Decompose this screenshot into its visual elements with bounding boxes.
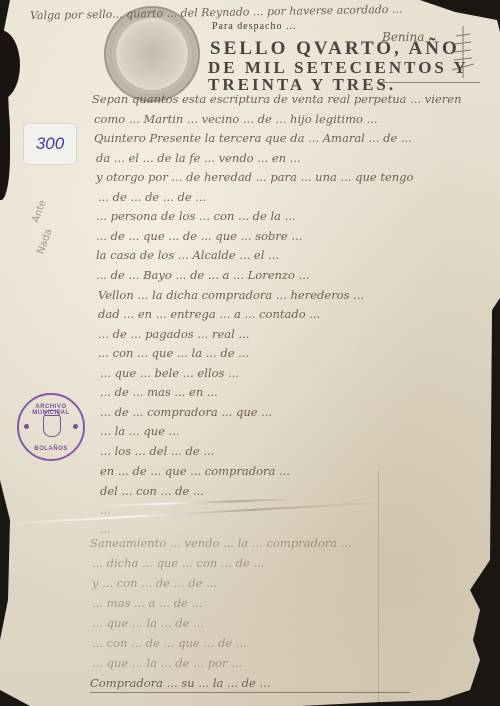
paper-crease [100,498,300,507]
manuscript-line: ... de ... Bayo ... de ... a ... Lorenzo… [96,268,310,282]
manuscript-line: dad ... en ... entrega ... a ... contado… [98,307,320,321]
paper-crease [0,502,379,525]
manuscript-line: ... de ... pagados ... real ... [98,327,249,341]
manuscript-line: Sepan quantos esta escriptura de venta r… [92,92,462,106]
vertical-fold [378,470,379,706]
stamp-dot [73,424,78,429]
manuscript-line: ... los ... del ... de ... [100,444,214,458]
manuscript-line: Quintero Presente la tercera que da ... … [94,131,412,145]
closing-underline [90,692,410,693]
manuscript-line: ... la ... que ... [100,424,180,438]
manuscript-line: Saneamiento ... vendo ... la ... comprad… [90,536,352,550]
manuscript-line: ... con ... que ... la ... de ... [98,346,249,360]
manuscript-line: Compradora ... su ... la ... de ... [90,676,270,690]
manuscript-line: ... que ... bele ... ellos ... [100,366,239,380]
heading-underline [380,82,480,83]
manuscript-line: la casa de los ... Alcalde ... el ... [96,248,279,262]
top-right-annotation: Benina [382,30,424,44]
manuscript-line: ... [100,503,111,517]
rubric-signature-icon [450,24,476,80]
manuscript-line: y ... con ... de ... de ... [92,576,217,590]
manuscript-line: ... con ... de ... que ... de ... [92,636,247,650]
header-margin-note: Valga por sello... quarto ... del Reynad… [30,3,403,22]
manuscript-line: ... de ... compradora ... que ... [100,405,272,419]
manuscript-line: ... [100,522,111,536]
manuscript-line: del ... con ... de ... [100,484,204,498]
catalog-number-label: 300 [24,124,76,164]
margin-pencil-note: Nada [35,227,54,255]
manuscript-line: como ... Martin ... vecino ... de ... hi… [94,112,378,126]
manuscript-line: da ... el ... de la fe ... vendo ... en … [96,151,301,165]
manuscript-line: ... mas ... a ... de ... [92,596,203,610]
margin-pencil-note: Ante [30,199,48,225]
seal-caption: Para despacho ... [212,21,296,32]
archive-municipal-stamp: ARCHIVO MUNICIPAL BOLAÑOS [17,393,85,461]
manuscript-line: y otorgo por ... de heredad ... para ...… [96,170,413,184]
manuscript-line: ... persona de los ... con ... de la ... [96,209,296,223]
coat-of-arms-icon [43,415,61,437]
manuscript-line: ... de ... de ... de ... [98,190,206,204]
manuscript-line: ... dicha ... que ... con ... de ... [92,556,264,570]
manuscript-line: ... que ... la ... de ... por ... [92,656,242,670]
archive-stamp-bottom-text: BOLAÑOS [19,446,83,452]
manuscript-line: Vellon ... la dicha compradora ... hered… [98,288,364,302]
manuscript-page: Valga por sello... quarto ... del Reynad… [0,0,500,706]
manuscript-line: ... de ... mas ... en ... [100,385,218,399]
manuscript-line: ... de ... que ... de ... que ... sobre … [96,229,302,243]
stamp-dot [24,424,29,429]
manuscript-line: ... que ... la ... de ... [92,616,204,630]
embossed-seal [104,6,200,102]
manuscript-line: en ... de ... que ... compradora ... [100,464,290,478]
